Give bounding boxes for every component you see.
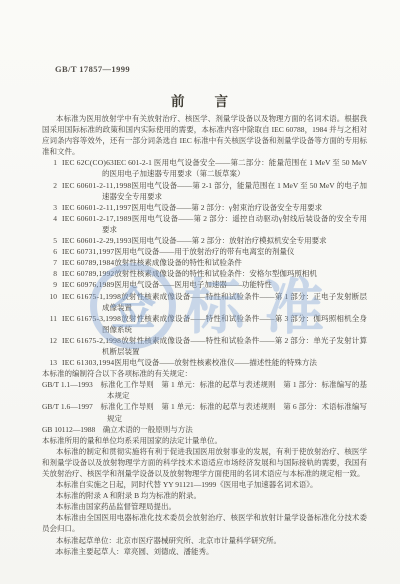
reference-title: 医用电气设备——第 2 部分：放射治疗模拟机安全专用要求 — [132, 236, 327, 245]
reference-text: IEC 60976,1989医用电气设备——医用电子加速器——功能特性 — [62, 279, 367, 290]
reference-text: IEC 61675-3,1998放射性核素成像设备——特性和试验条件——第 3 … — [62, 313, 367, 335]
reference-number: 1 — [42, 157, 62, 179]
reference-title: 放射性核素成像设备的特性和试验条件：安格尔型伽玛照相机 — [114, 269, 317, 278]
reference-text: IEC 61675-2,1998放射性核素成像设备——特性和试验条件——第 2 … — [62, 335, 367, 357]
reference-id: IEC 60789,1992 — [62, 268, 114, 279]
foreword-paragraph: 本标准自实施之日起，同时代替 YY 91121—1999《医用电子加速器名词术语… — [42, 479, 367, 490]
foreword-paragraph: 本标准的制定和贯彻实施将有利于促进我国医用放射事业的发展，有利于使放射治疗、核医… — [42, 446, 367, 479]
foreword-paragraph: 本标准起草单位：北京市医疗器械研究所、北京市计量科学研究所。 — [42, 535, 367, 546]
reference-id: IEC 61675-3,1998 — [62, 313, 121, 324]
reference-text: IEC 61303,1994医用电气设备——放射性核素校准仪——描述性能的特殊方… — [62, 357, 367, 368]
foreword-body: 本标准为医用放射学中有关放射治疗、核医学、剂量学设备以及物理方面的名词术语。根据… — [42, 113, 367, 557]
reference-text: IEC 60789,1992放射性核素成像设备的特性和试验条件：安格尔型伽玛照相… — [62, 268, 367, 279]
reference-item: 9 IEC 60976,1989医用电气设备——医用电子加速器——功能特性 — [42, 279, 367, 290]
reference-text: IEC 61675-1,1998放射性核素成像设备——特性和试验条件——第 1 … — [62, 291, 367, 313]
reference-item: 10 IEC 61675-1,1998放射性核素成像设备——特性和试验条件——第… — [42, 291, 367, 313]
reference-number: 6 — [42, 246, 62, 257]
reference-title: 医用电气设备——医用电子加速器——功能特性 — [114, 280, 272, 289]
reference-number: 3 — [42, 202, 62, 213]
iec-reference-list: 1 IEC 62C(CO)63IEC 601-2-1 医用电气设备安全——第二部… — [42, 157, 367, 368]
foreword-title: 前 言 — [0, 90, 400, 110]
foreword-paragraph: 本标准由全国医用电器标准化技术委员会放射治疗、核医学和放射计量学设备标准化分技术… — [42, 512, 367, 534]
reference-item: 8 IEC 60789,1992放射性核素成像设备的特性和试验条件：安格尔型伽玛… — [42, 268, 367, 279]
reference-title: 放射性核素成像设备——特性和试验条件——第 1 部分：正电子发射断层成像装置 — [102, 292, 367, 312]
gb-reference-item: GB 10112—1988 确立术语的一般原则与方法 — [42, 424, 367, 435]
reference-item: 5 IEC 60601-2-29,1993医用电气设备——第 2 部分：放射治疗… — [42, 235, 367, 246]
reference-text: IEC 60601-2-11,1998医用电气设备——第 2-1 部分，能量范围… — [62, 180, 367, 202]
reference-id: IEC 60601-2-11,1997 — [62, 202, 131, 213]
reference-id: IEC 61675-2,1998 — [62, 335, 121, 346]
reference-number: 10 — [42, 291, 62, 313]
foreword-intro-paragraph: 本标准为医用放射学中有关放射治疗、核医学、剂量学设备以及物理方面的名词术语。根据… — [42, 113, 367, 157]
reference-title: 医用电气设备——第 2 部分：γ射束治疗设备安全专用要求 — [131, 203, 322, 212]
reference-item: 7 IEC 60789,1984放射性核素成像设备的特性和试验条件 — [42, 257, 367, 268]
reference-id: IEC 61675-1,1998 — [62, 291, 121, 302]
foreword-paragraph: 本标准的附录 A 和附录 B 均为标准的附录。 — [42, 490, 367, 501]
reference-title: 放射性核素成像设备的特性和试验条件 — [114, 258, 242, 267]
reference-text: IEC 60601-2-11,1997医用电气设备——第 2 部分：γ射束治疗设… — [62, 202, 367, 213]
reference-number: 12 — [42, 335, 62, 357]
reference-number: 13 — [42, 357, 62, 368]
reference-number: 5 — [42, 235, 62, 246]
reference-item: 4 IEC 60601-2-17,1989医用电气设备——第 2 部分：遥控自动… — [42, 213, 367, 235]
reference-item: 12 IEC 61675-2,1998放射性核素成像设备——特性和试验条件——第… — [42, 335, 367, 357]
reference-item: 6 IEC 60731,1997医用电气设备——用于放射治疗的带有电离室的剂量仪 — [42, 246, 367, 257]
reference-title: 医用电气设备——第 2-1 部分，能量范围在 1 MeV 至 50 MeV 的电… — [102, 181, 367, 201]
reference-title: 医用电气设备——放射性核素校准仪——描述性能的特殊方法 — [114, 358, 317, 367]
gb-reference-list: GB/T 1.1—1993 标准化工作导则 第 1 单元：标准的起草与表述规则 … — [42, 379, 367, 434]
foreword-paragraph: 本标准由国家药品监督管理局提出。 — [42, 501, 367, 512]
reference-text: IEC 60601-2-29,1993医用电气设备——第 2 部分：放射治疗模拟… — [62, 235, 367, 246]
doc-number: GB/T 17857—1999 — [55, 64, 130, 74]
reference-item: 2 IEC 60601-2-11,1998医用电气设备——第 2-1 部分，能量… — [42, 180, 367, 202]
reference-number: 11 — [42, 313, 62, 335]
reference-number: 4 — [42, 213, 62, 235]
reference-number: 8 — [42, 268, 62, 279]
reference-text: IEC 60731,1997医用电气设备——用于放射治疗的带有电离室的剂量仪 — [62, 246, 367, 257]
reference-id: IEC 61303,1994 — [62, 357, 114, 368]
reference-text: IEC 62C(CO)63IEC 601-2-1 医用电气设备安全——第二部分：… — [62, 157, 367, 179]
reference-id: IEC 60601-2-29,1993 — [62, 235, 132, 246]
reference-id: IEC 60601-2-17,1989 — [62, 213, 132, 224]
reference-text: IEC 60601-2-17,1989医用电气设备——第 2 部分：遥控自动驱动… — [62, 213, 367, 235]
reference-item: 3 IEC 60601-2-11,1997医用电气设备——第 2 部分：γ射束治… — [42, 202, 367, 213]
page-number: 276 — [55, 548, 69, 556]
reference-number: 7 — [42, 257, 62, 268]
foreword-paragraph: 本标准主要起草人：章亮圆、刘德成、潘能秀。 — [42, 546, 367, 557]
reference-id: IEC 60601-2-11,1998 — [62, 180, 131, 191]
reference-number: 2 — [42, 180, 62, 202]
units-note: 本标准所用的量和单位均系采用国家的法定计量单位。 — [42, 435, 367, 446]
document-page: GB/T 17857—1999 前 言 本标准为医用放射学中有关放射治疗、核医学… — [0, 0, 400, 584]
reference-item: 13 IEC 61303,1994医用电气设备——放射性核素校准仪——描述性能的… — [42, 357, 367, 368]
gb-reference-item: GB/T 1.1—1993 标准化工作导则 第 1 单元：标准的起草与表述规则 … — [42, 379, 367, 401]
reference-id: IEC 60789,1984 — [62, 257, 114, 268]
reference-number: 9 — [42, 279, 62, 290]
reference-id: IEC 62C(CO)63 — [62, 157, 114, 168]
reference-title: 放射性核素成像设备——特性和试验条件——第 2 部分：单光子发射计算机断层装置 — [102, 336, 367, 356]
reference-id: IEC 60976,1989 — [62, 279, 114, 290]
reference-id: IEC 60731,1997 — [62, 246, 114, 257]
compile-note: 本标准的编制符合以下各项标准的有关规定： — [42, 368, 367, 379]
reference-text: IEC 60789,1984放射性核素成像设备的特性和试验条件 — [62, 257, 367, 268]
reference-title: 医用电气设备——用于放射治疗的带有电离室的剂量仪 — [114, 247, 294, 256]
reference-title: 医用电气设备——第 2 部分：遥控自动驱动γ射线后装设备的安全专用要求 — [102, 214, 367, 234]
reference-title: 放射性核素成像设备——特性和试验条件——第 3 部分：伽玛照相机全身图像系统 — [102, 314, 367, 334]
reference-title: IEC 601-2-1 医用电气设备安全——第二部分：能量范围在 1 MeV 至… — [102, 158, 367, 178]
reference-item: 1 IEC 62C(CO)63IEC 601-2-1 医用电气设备安全——第二部… — [42, 157, 367, 179]
reference-item: 11 IEC 61675-3,1998放射性核素成像设备——特性和试验条件——第… — [42, 313, 367, 335]
gb-reference-item: GB/T 1.6—1997 标准化工作导则 第 1 单元：标准的起草与表述规则 … — [42, 401, 367, 423]
